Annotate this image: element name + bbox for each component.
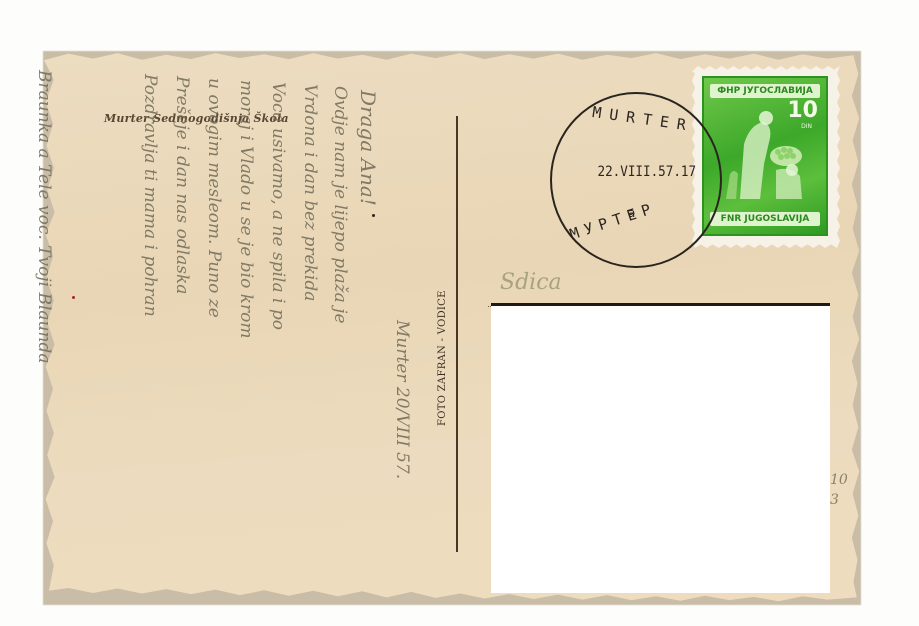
stamp-country-latin: FNR JUGOSLAVIJA — [710, 212, 820, 226]
stamp-design: ФНР ЈУГОСЛАВИЈА 10 DIN FNR JUGOSLAVIJA — [702, 76, 828, 236]
photographer-credit: FOTO ZAFRAN - VODICE — [437, 290, 448, 426]
redacted-address-area — [491, 303, 830, 593]
message-line: moraj i Vlado u se je bio krom — [236, 80, 256, 339]
margin-note: 10 3 — [830, 470, 850, 510]
postmark-date: 22.VIII.57.17 — [597, 164, 696, 180]
stamp-country-cyrillic: ФНР ЈУГОСЛАВИЈА — [710, 84, 820, 98]
ink-spot — [372, 214, 375, 217]
address-fragment: Sdica — [500, 270, 562, 295]
ink-spot — [72, 296, 75, 299]
message-line: u ovogim mesleom. Puno ze — [204, 78, 224, 318]
postmark-town-latin: MURTER — [591, 103, 695, 135]
center-divider — [456, 116, 458, 552]
place-date: Murter 20/VIII 57. — [392, 320, 412, 479]
postmark-town-cyrillic: МУРТЕР — [567, 199, 658, 244]
message-line: Braunka a Tele voc. Tvoji Blaunda — [34, 70, 54, 363]
stamp-currency: DIN — [801, 123, 812, 130]
message-line: Prešeje i dan nas odlaska — [172, 76, 192, 294]
message-line: Pozdravlja ti mama i pohran — [140, 74, 160, 317]
stamp-value: 10 — [787, 100, 818, 122]
message-line: Voca usivamo, a ne spila i po — [268, 82, 288, 330]
postmark-cancellation: MURTER 22.VIII.57.17 a МУРТЕР — [550, 92, 722, 268]
message-line: Vrdona i dan bez prekida — [300, 84, 320, 301]
handwritten-message: Draga Ana! Murter 20/VIII 57. Ovdje nam … — [60, 70, 420, 560]
greeting: Draga Ana! — [356, 90, 380, 206]
message-line: Ovdje nam je lijepo plaža je — [330, 86, 350, 324]
